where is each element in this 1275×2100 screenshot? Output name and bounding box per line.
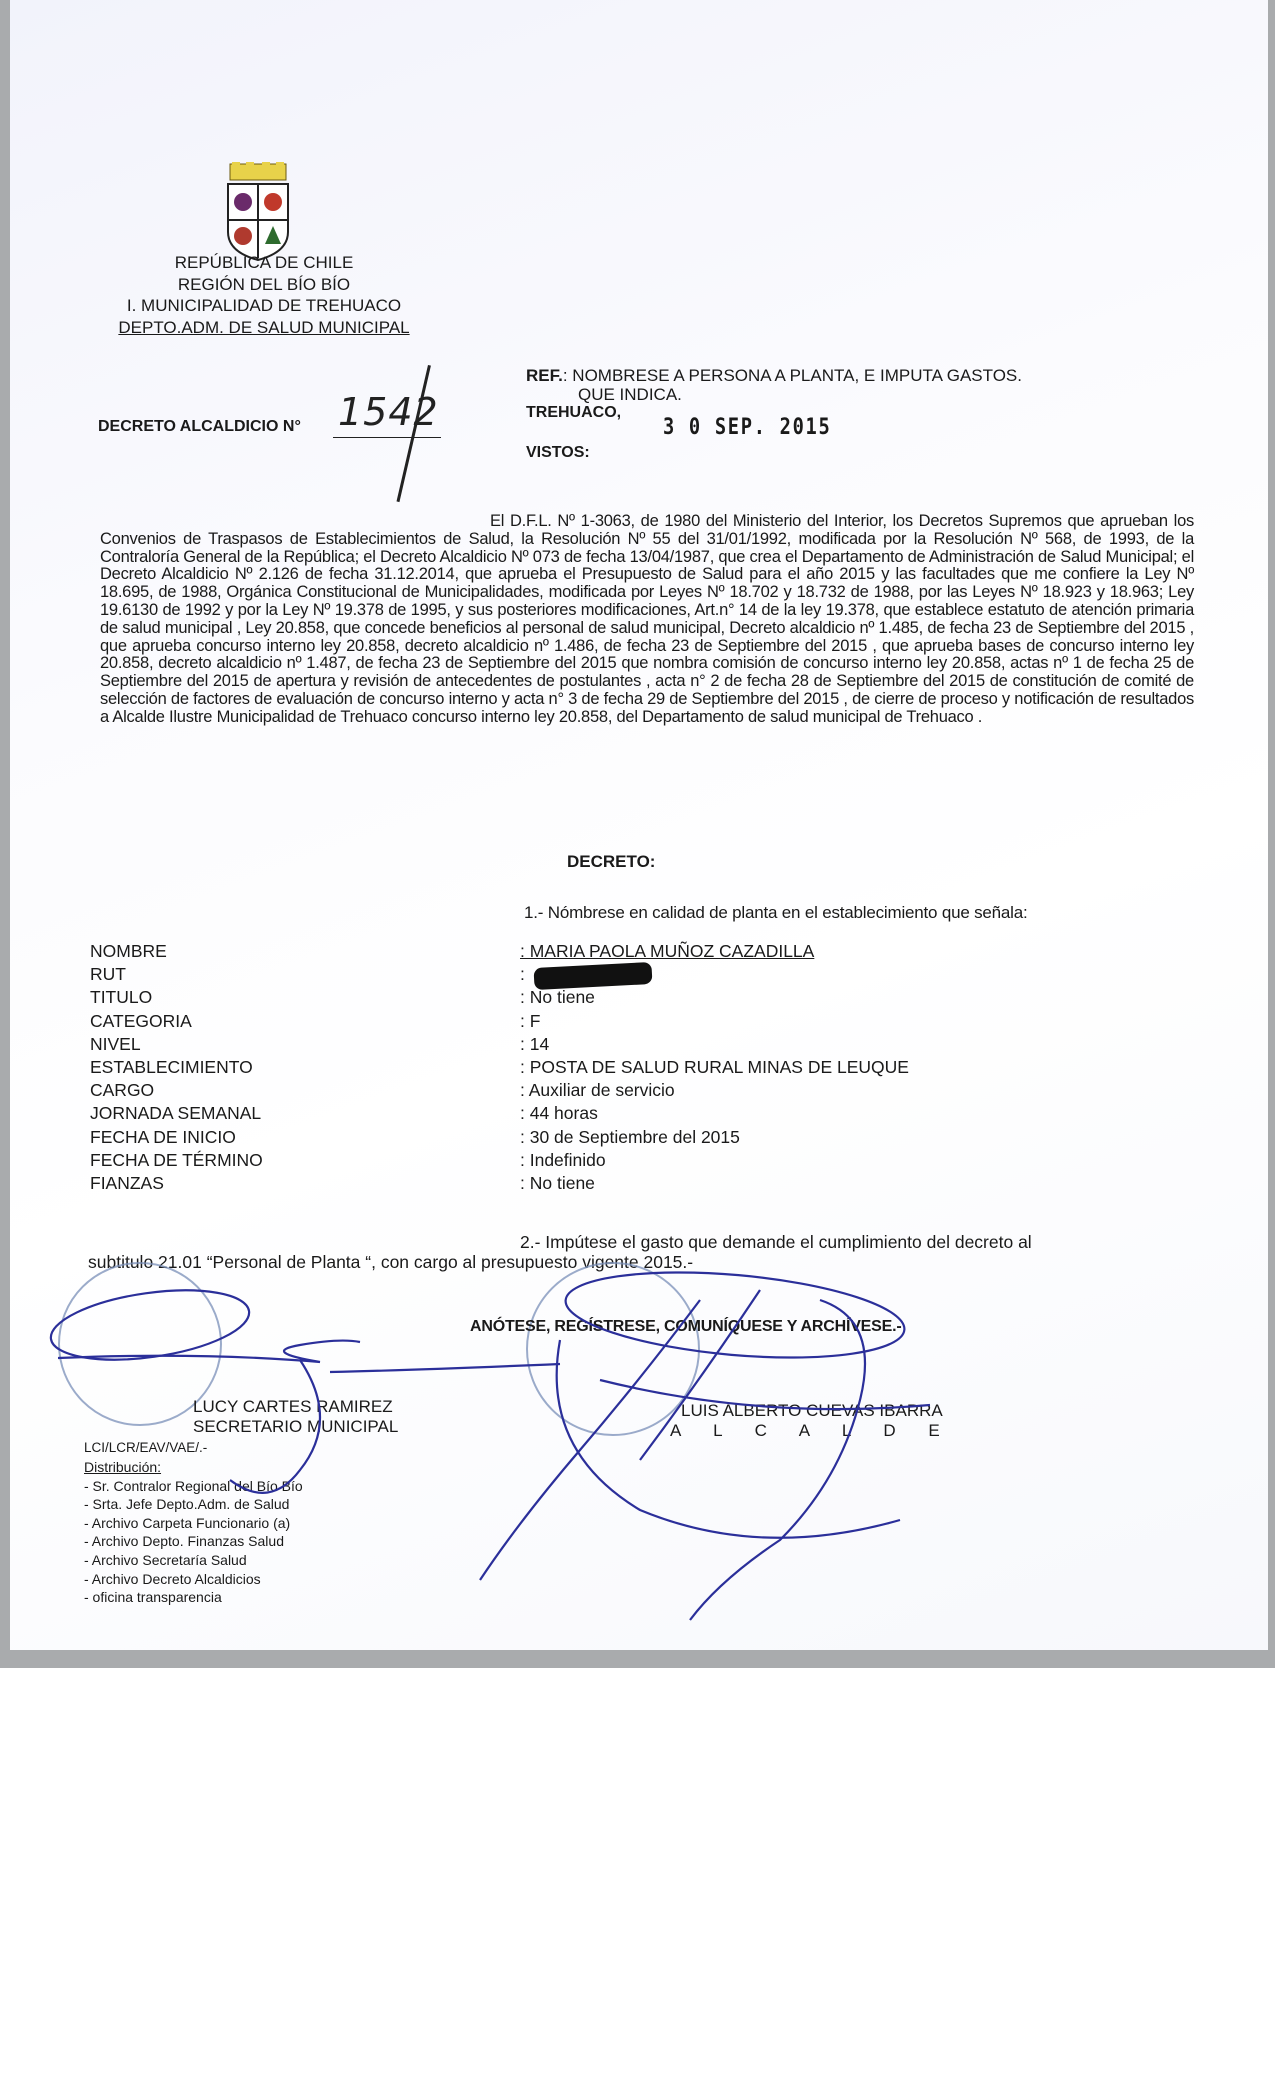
handwritten-signatures-icon <box>0 0 1275 1700</box>
